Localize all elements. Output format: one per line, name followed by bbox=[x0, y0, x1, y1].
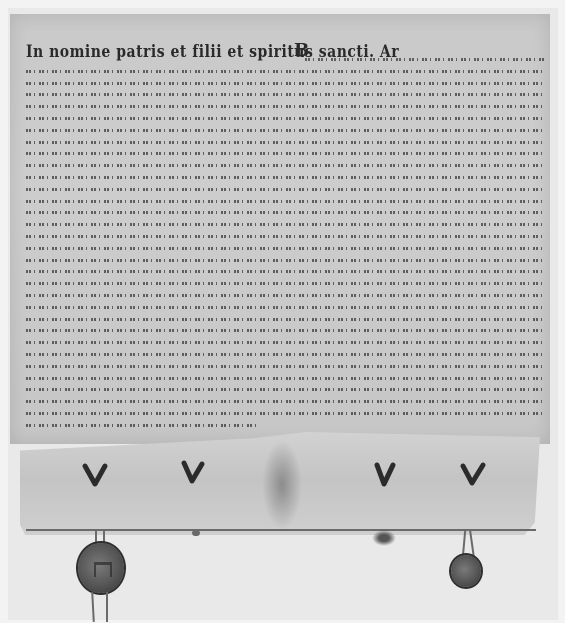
seal-slit-icon bbox=[82, 462, 108, 488]
left-wax-seal-icon bbox=[78, 543, 124, 593]
seal-cord bbox=[106, 592, 108, 622]
charter-text-line bbox=[26, 117, 546, 120]
charter-text-line bbox=[26, 188, 546, 191]
charter-text-line bbox=[26, 93, 546, 96]
right-wax-seal-icon bbox=[451, 555, 481, 587]
charter-text-line bbox=[26, 176, 546, 179]
charter-text-line bbox=[26, 424, 256, 427]
charter-text-line bbox=[26, 388, 546, 391]
charter-text-line bbox=[305, 58, 545, 61]
seal-slit-icon bbox=[372, 462, 398, 488]
charter-text-line bbox=[26, 129, 546, 132]
torn-cord-fragment bbox=[192, 530, 200, 536]
charter-text-line bbox=[26, 306, 546, 309]
charter-text-line bbox=[26, 341, 546, 344]
charter-text-line bbox=[26, 329, 546, 332]
charter-text-line bbox=[26, 70, 546, 73]
charter-text-line bbox=[26, 164, 546, 167]
charter-text-line bbox=[26, 200, 546, 203]
seal-slit-icon bbox=[180, 460, 206, 486]
seal-slit-icon bbox=[460, 462, 486, 488]
charter-text-line bbox=[26, 235, 546, 238]
charter-text-line bbox=[26, 152, 546, 155]
charter-text-line bbox=[26, 365, 546, 368]
charter-text-line bbox=[26, 211, 546, 214]
charter-text-line bbox=[26, 247, 546, 250]
charter-text-line bbox=[26, 294, 546, 297]
charter-text-line bbox=[26, 223, 546, 226]
charter-text-line bbox=[26, 318, 546, 321]
charter-text-line bbox=[26, 353, 546, 356]
charter-text-line bbox=[26, 412, 546, 415]
cord-tassel-remnant bbox=[372, 530, 396, 546]
crown-emblem-icon bbox=[94, 562, 112, 577]
charter-text-line bbox=[26, 377, 546, 380]
charter-text-line bbox=[26, 282, 546, 285]
charter-text-line bbox=[26, 105, 546, 108]
charter-text-line bbox=[26, 400, 546, 403]
charter-text-line bbox=[26, 259, 546, 262]
fold-damage bbox=[262, 440, 302, 530]
charter-text-line bbox=[26, 141, 546, 144]
charter-text-line bbox=[26, 270, 546, 273]
charter-text-line bbox=[26, 82, 546, 85]
